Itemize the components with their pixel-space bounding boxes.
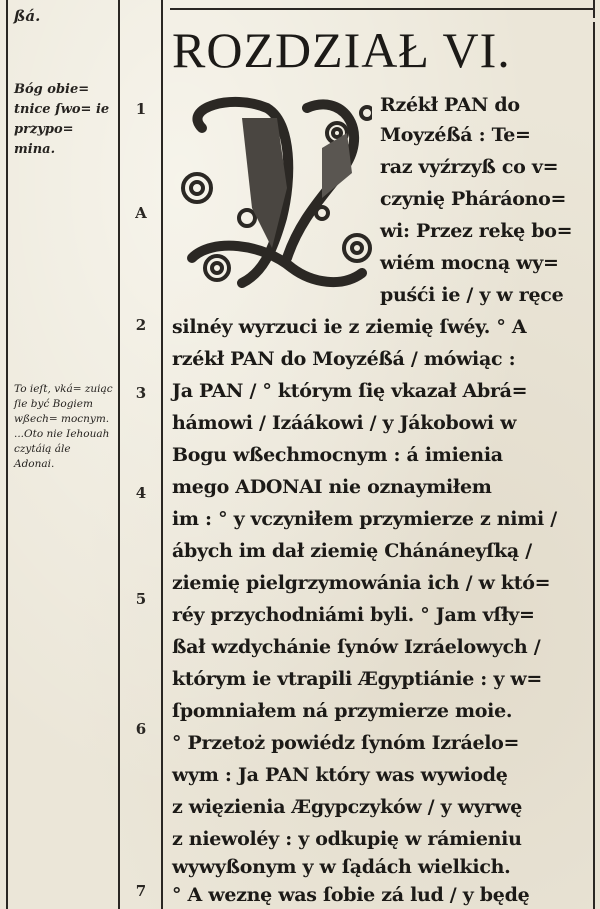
verse-number: 7 (128, 882, 154, 900)
text-line: im : ° y vczyniłem przymierze z nimi / (172, 508, 590, 530)
text-line: réy przychodniámi byli. ° Jam vſły= (172, 604, 590, 626)
header-rule (170, 8, 595, 10)
verse-column-rule (161, 0, 163, 909)
text-line: wym : Ja PAN który was wywiodę (172, 764, 590, 786)
text-line: ßał wzdychánie ſynów Izráelowych / (172, 636, 590, 658)
left-margin-rule (6, 0, 8, 909)
verse-number: 5 (128, 590, 154, 608)
margin-note-2: To ieſt, vká= zuiąc ſie być Bogiem wßech… (14, 382, 114, 472)
text-line: wiém mocną wy= (380, 252, 590, 274)
text-line: ziemię pielgrzymowánia ich / w któ= (172, 572, 590, 594)
text-line: ° A weznę was ſobie zá lud / y będę (172, 884, 590, 906)
section-marker: A (128, 204, 154, 222)
verse-number: 6 (128, 720, 154, 738)
text-line: hámowi / Izáákowi / y Jákobowi w (172, 412, 590, 434)
verse-number: 4 (128, 484, 154, 502)
text-line: puśći ie / y w ręce (380, 284, 590, 306)
text-line: czynię Pháráono= (380, 188, 590, 210)
text-line: którym ie vtrapili Ægyptiánie : y w= (172, 668, 590, 690)
verse-number: 2 (128, 316, 154, 334)
chapter-title: ROZDZIAŁ VI. (172, 22, 590, 78)
verse-number: 3 (128, 384, 154, 402)
book-page: ßá. Bóg obie= tnice ſwo= ie przypo= mina… (0, 0, 600, 909)
right-margin-rule (593, 22, 595, 909)
text-line: raz vyźrzyß co v= (380, 156, 590, 178)
text-line: Rzékł PAN do (380, 94, 590, 116)
text-line: silnéy wyrzuci ie z ziemię ſwéy. ° A (172, 316, 590, 338)
text-line: Bogu wßechmocnym : á imienia (172, 444, 590, 466)
text-line: wi: Przez rekę bo= (380, 220, 590, 242)
text-line: ° Przetoż powiédz ſynóm Izráelo= (172, 732, 590, 754)
text-line: z niewoléy : y odkupię w rámieniu (172, 828, 590, 850)
verse-number: 1 (128, 100, 154, 118)
margin-note-top: ßá. (14, 6, 114, 26)
text-line: ábych im dał ziemię Chánáneyſką / (172, 540, 590, 562)
margin-note-1: Bóg obie= tnice ſwo= ie przypo= mina. (14, 80, 114, 160)
text-line: Moyzéßá : Te= (380, 124, 590, 146)
text-line: z więzienia Ægypczyków / y wyrwę (172, 796, 590, 818)
text-line: wywyßonym y w ſądách wielkich. (172, 856, 590, 878)
text-line: Ja PAN / ° którym ſię vkazał Abrá= (172, 380, 590, 402)
text-line: mego ADONAI nie oznaymiłem (172, 476, 590, 498)
note-column-rule (118, 0, 120, 909)
text-line: rzékł PAN do Moyzéßá / mówiąc : (172, 348, 590, 370)
ornamental-drop-cap-icon (172, 88, 372, 298)
text-line: ſpomniałem ná przymierze moie. (172, 700, 590, 722)
